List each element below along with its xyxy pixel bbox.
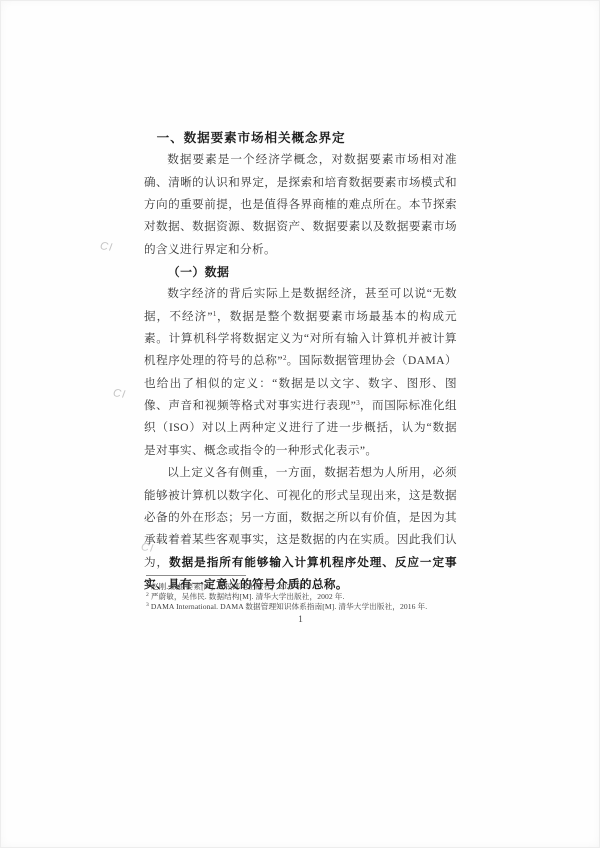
scan-artifact-watermark: CI — [99, 240, 114, 254]
footnote-marker: 1 — [146, 583, 149, 589]
paragraph-intro: 数据要素是一个经济学概念，对数据要素市场相对准确、清晰的认识和界定，是探索和培育… — [144, 149, 457, 261]
subsection-heading: （一）数据 — [144, 261, 457, 283]
footnote-item-3: 3DAMA International. DAMA 数据管理知识体系指南[M].… — [146, 602, 468, 612]
document-content: 一、数据要素市场相关概念界定 数据要素是一个经济学概念，对数据要素市场相对准确、… — [144, 127, 457, 596]
section-heading: 一、数据要素市场相关概念界定 — [144, 127, 457, 149]
footnote-marker: 2 — [146, 592, 149, 598]
document-page: 一、数据要素市场相关概念界定 数据要素是一个经济学概念，对数据要素市场相对准确、… — [0, 0, 600, 848]
footnote-marker: 3 — [146, 602, 149, 608]
footnote-text: DAMA International. DAMA 数据管理知识体系指南[M]. … — [151, 602, 427, 611]
footnote-item-2: 2严蔚敏，吴伟民. 数据结构[M]. 清华大学出版社，2002 年. — [146, 592, 468, 602]
footnote-item-1: 1赵刚. 数据要素[M]. 人民邮电出版社，2021 年. — [146, 582, 468, 592]
scan-artifact-watermark: CI — [112, 387, 127, 401]
footnote-divider — [146, 575, 246, 576]
body-text: 以上定义各有侧重，一方面，数据若想为人所用，必须能够被计算机以数字化、可视化的形… — [144, 466, 457, 568]
page-number: 1 — [144, 615, 457, 625]
footnote-text: 赵刚. 数据要素[M]. 人民邮电出版社，2021 年. — [151, 582, 306, 591]
paragraph-data-definition: 数字经济的背后实际上是数据经济，甚至可以说“无数据，不经济”1，数据是整个数据要… — [144, 283, 457, 462]
footnotes-section: 1赵刚. 数据要素[M]. 人民邮电出版社，2021 年. 2严蔚敏，吴伟民. … — [146, 575, 468, 612]
footnote-text: 严蔚敏，吴伟民. 数据结构[M]. 清华大学出版社，2002 年. — [151, 592, 345, 601]
